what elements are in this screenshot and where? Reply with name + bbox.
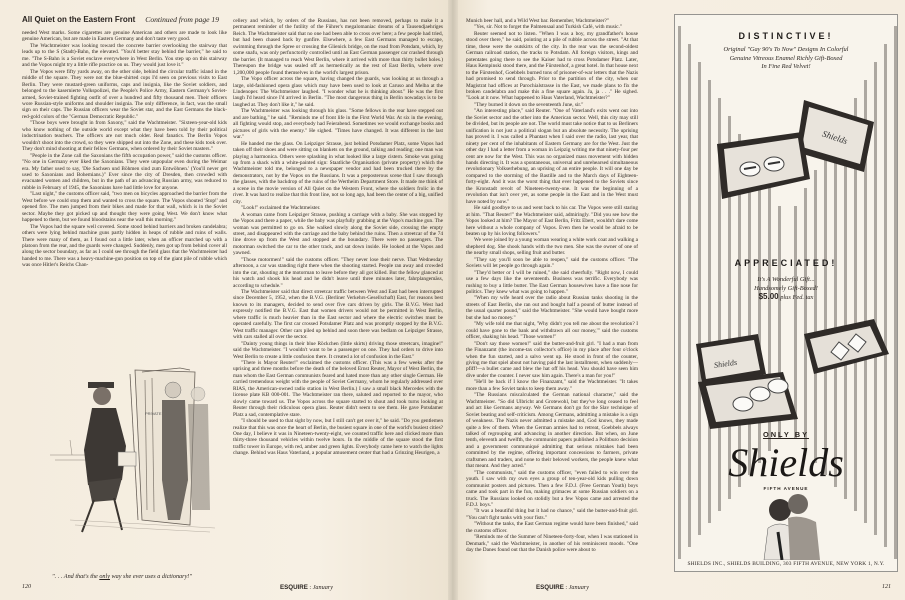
article-paragraph: The Wachtmeister was looking through his… [233, 108, 443, 140]
article-paragraph: "There is Mayor Reuter!" exclaimed the c… [233, 360, 443, 418]
left-page: All Quiet on the Eastern Front Continued… [0, 0, 452, 600]
running-head: All Quiet on the Eastern Front Continued… [22, 15, 219, 24]
article-paragraph: "Yes, sir. Not to forget the Palmensaal … [466, 24, 638, 30]
article-paragraph: "It was a beautiful thing but it had no … [466, 508, 638, 521]
couple-photo [756, 492, 826, 560]
article-paragraph: "Reminds me of the Summer of Nineteen-fo… [466, 534, 638, 553]
shields-logo: Shields [674, 439, 898, 486]
article-paragraph: needed West marks. Some cigarettes are g… [22, 30, 227, 43]
ad-address: SHIELDS INC., SHIELDS BUILDING, 303 FIFT… [674, 561, 898, 567]
article-paragraph: The Vopos were fifty yards away, on the … [22, 69, 227, 121]
ad-subline-1-line: In Fine Red Velvet! [674, 63, 898, 72]
footer-right: ESQUIRE : January [536, 584, 589, 591]
ad-price-line: $5.00 plus Fed. tax [674, 293, 898, 303]
shields-advertisement: DISTINCTIVE! Original "Gay 90's To Now" … [674, 14, 898, 572]
ad-subline-2: It's A Wonderful Gift... Handsomely Gift… [674, 276, 898, 303]
ad-subline-2-line: It's A Wonderful Gift... [674, 276, 898, 285]
caption-text-1: ". . . And that's the [52, 573, 99, 580]
article-paragraph: "Dainty young things in their blue Röckc… [233, 341, 443, 360]
shields-tagline: FIFTH AVENUE [674, 486, 898, 491]
caption-emphasis: only [99, 573, 110, 580]
cartoon-caption: ". . . And that's the only way she ever … [22, 573, 222, 580]
article-paragraph: The Vopo officer across the square, havi… [233, 76, 443, 108]
article-paragraph: "Without the tanks, the East German regi… [466, 521, 638, 534]
article-paragraph: He said goodbye to us and went back to h… [466, 205, 638, 237]
article-paragraph: A woman came from Leipziger Strasse, pus… [233, 212, 443, 257]
ad-headline-distinctive: DISTINCTIVE! [674, 31, 898, 41]
article-title: All Quiet on the Eastern Front [22, 15, 135, 24]
article-paragraph: The Wachtmeister was looking toward the … [22, 43, 227, 69]
right-column-1: Munich beer hall, and a Wild West bar. R… [466, 18, 638, 563]
article-paragraph: Reuter seemed not to listen. "When I was… [466, 31, 638, 102]
ad-headline-appreciated: APPRECIATED! [674, 258, 898, 268]
cartoon-illustration: PRIVATE [30, 360, 220, 540]
right-page: Munich beer hall, and a Wild West bar. R… [452, 0, 905, 600]
article-paragraph: "They say you'll soon be able to reopen,… [466, 257, 638, 270]
gift-box-cufflinks-1 [702, 124, 812, 209]
article-paragraph: "When my wife heard over the radio about… [466, 295, 638, 321]
article-paragraph: The Vopos had the square well covered. S… [22, 224, 227, 269]
ad-subline-1: Original "Gay 90's To Now" Designs In Co… [674, 46, 898, 72]
footer-left: ESQUIRE : January [280, 584, 333, 591]
ad-price: $5.00 [759, 292, 779, 301]
article-paragraph: "Those motormen!" said the customs offic… [233, 257, 443, 289]
gift-box-cufflinks-3 [794, 314, 894, 409]
issue-month: January [569, 584, 589, 591]
article-paragraph: "The communists," said the customs offic… [466, 470, 638, 509]
page-number-right: 121 [882, 584, 891, 590]
article-paragraph: "He'll be back if I know the Finanzamt,"… [466, 379, 638, 392]
continued-note: Continued from page 19 [145, 15, 219, 24]
ad-subline-1-line: Original "Gay 90's To Now" Designs In Co… [674, 46, 898, 55]
article-paragraph: "Don't say those women!" said the butter… [466, 341, 638, 380]
magazine-spread: All Quiet on the Eastern Front Continued… [0, 0, 905, 600]
ad-subline-1-line: Genuine Vitreous Enamel Richly Gift-Boxe… [674, 55, 898, 64]
page-gutter [448, 0, 458, 600]
article-paragraph: cellery and which, by orders of the Russ… [233, 18, 443, 76]
article-paragraph: "They'd better or I will be ruined," she… [466, 270, 638, 296]
ad-subline-2-line: Handsomely Gift-Boxed! [674, 285, 898, 294]
gift-box-cufflinks-2: Shields [688, 334, 808, 434]
article-paragraph: "Last night," the customs officer said, … [22, 191, 227, 223]
article-paragraph: "My wife told me that night, 'Why didn't… [466, 321, 638, 340]
ad-only-by: ONLY BY [674, 430, 898, 439]
ad-only-by-text: ONLY BY [763, 430, 809, 439]
issue-month: January [313, 584, 333, 591]
article-paragraph: "Those boys were brought in from Saxony,… [22, 120, 227, 152]
article-paragraph: "The Russians miscalculated the German n… [466, 392, 638, 469]
article-paragraph: We were joined by a young woman wearing … [466, 237, 638, 256]
article-paragraph: "People in the Zone call the Saxonians t… [22, 153, 227, 192]
left-column-2: cellery and which, by orders of the Russ… [233, 18, 443, 563]
page-number-left: 120 [22, 584, 31, 590]
magazine-name: ESQUIRE [536, 584, 564, 591]
article-paragraph: He handed me the glass. On Leipziger Str… [233, 141, 443, 206]
woman-figure [82, 382, 136, 532]
caption-text-2: way she ever uses a dictionary!" [110, 573, 192, 580]
svg-text:PRIVATE: PRIVATE [145, 411, 162, 416]
ad-price-suffix: plus Fed. tax [779, 294, 814, 301]
article-paragraph: "An interesting place," said Reuter. "On… [466, 108, 638, 205]
left-column-1: needed West marks. Some cigarettes are g… [22, 30, 227, 330]
magazine-name: ESQUIRE [280, 584, 308, 591]
article-paragraph: The Wachtmeister said that direct street… [233, 289, 443, 341]
article-paragraph: "I should be used to that sight by now, … [233, 418, 443, 457]
